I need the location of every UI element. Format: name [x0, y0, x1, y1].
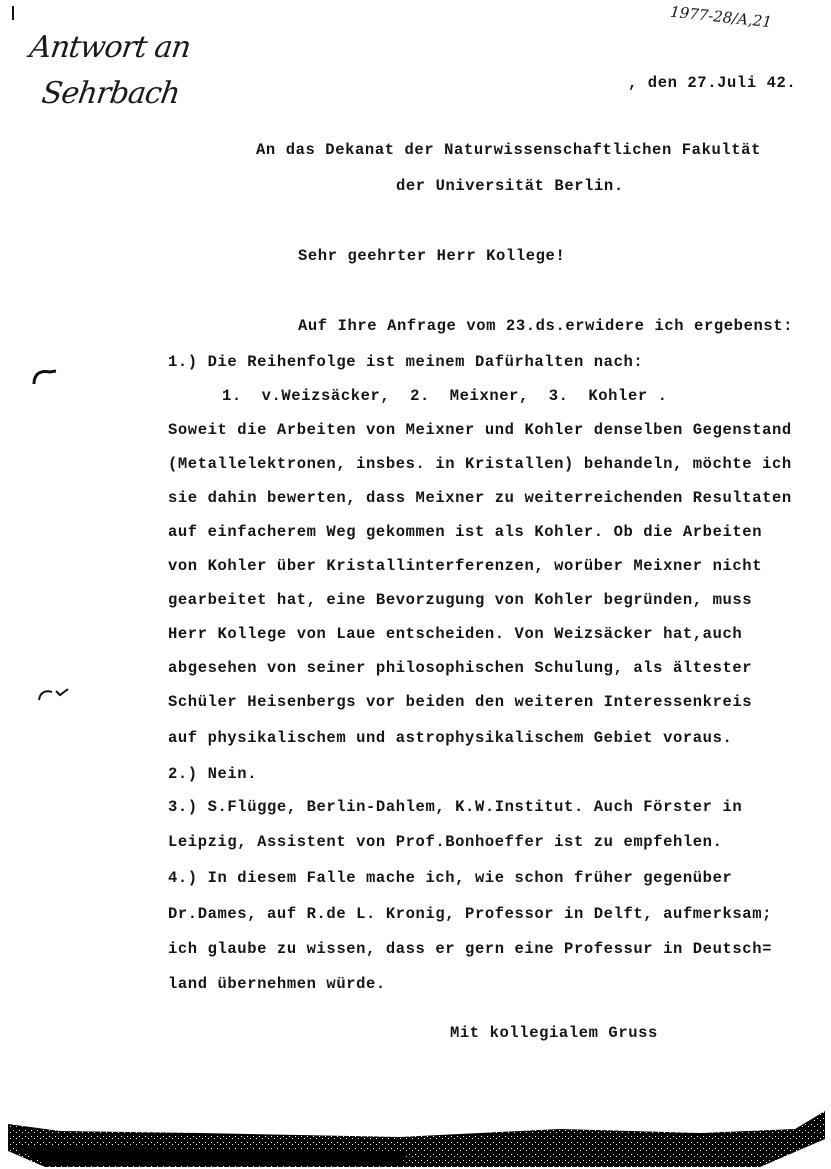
body-line: (Metallelektronen, insbes. in Kristallen…	[168, 455, 792, 473]
margin-mark-icon	[36, 686, 76, 702]
archive-reference: 1977-28/A,21	[669, 3, 772, 32]
scan-edge-shadow	[0, 1099, 831, 1169]
body-line: 4.) In diesem Falle mache ich, wie schon…	[168, 869, 732, 887]
body-line: Herr Kollege von Laue entscheiden. Von W…	[168, 625, 742, 643]
body-line: auf einfacherem Weg gekommen ist als Koh…	[168, 523, 762, 541]
handwritten-note-line1: Antwort an	[28, 30, 193, 65]
body-line: 2.) Nein.	[168, 765, 257, 783]
body-line: Auf Ihre Anfrage vom 23.ds.erwidere ich …	[298, 317, 793, 335]
salutation: Sehr geehrter Herr Kollege!	[298, 247, 565, 265]
body-line: ich glaube zu wissen, dass er gern eine …	[168, 940, 772, 958]
body-line: 3.) S.Flügge, Berlin-Dahlem, K.W.Institu…	[168, 798, 742, 816]
body-line: Dr.Dames, auf R.de L. Kronig, Professor …	[168, 905, 772, 923]
body-line: Schüler Heisenbergs vor beiden den weite…	[168, 693, 752, 711]
body-line: Leipzig, Assistent von Prof.Bonhoeffer i…	[168, 833, 722, 851]
body-line: gearbeitet hat, eine Bevorzugung von Koh…	[168, 591, 752, 609]
closing: Mit kollegialem Gruss	[450, 1024, 658, 1042]
body-line: auf physikalischem und astrophysikalisch…	[168, 729, 732, 747]
recipient-line-1: An das Dekanat der Naturwissenschaftlich…	[256, 141, 761, 159]
recipient-line-2: der Universität Berlin.	[396, 177, 624, 195]
body-line: sie dahin bewerten, dass Meixner zu weit…	[168, 489, 792, 507]
body-line: Soweit die Arbeiten von Meixner und Kohl…	[168, 421, 792, 439]
handwritten-note-line2: Sehrbach	[40, 76, 182, 111]
ranking-line: 1. v.Weizsäcker, 2. Meixner, 3. Kohler .	[222, 387, 668, 405]
body-line: land übernehmen würde.	[168, 975, 386, 993]
dateline: , den 27.Juli 42.	[628, 74, 796, 92]
body-line: abgesehen von seiner philosophischen Sch…	[168, 659, 752, 677]
body-line: 1.) Die Reihenfolge ist meinem Dafürhalt…	[168, 353, 643, 371]
margin-mark-icon	[30, 368, 64, 388]
corner-mark-icon	[8, 4, 18, 22]
letter-page: Antwort an Sehrbach 1977-28/A,21 , den 2…	[0, 0, 831, 1169]
body-line: von Kohler über Kristallinterferenzen, w…	[168, 557, 762, 575]
